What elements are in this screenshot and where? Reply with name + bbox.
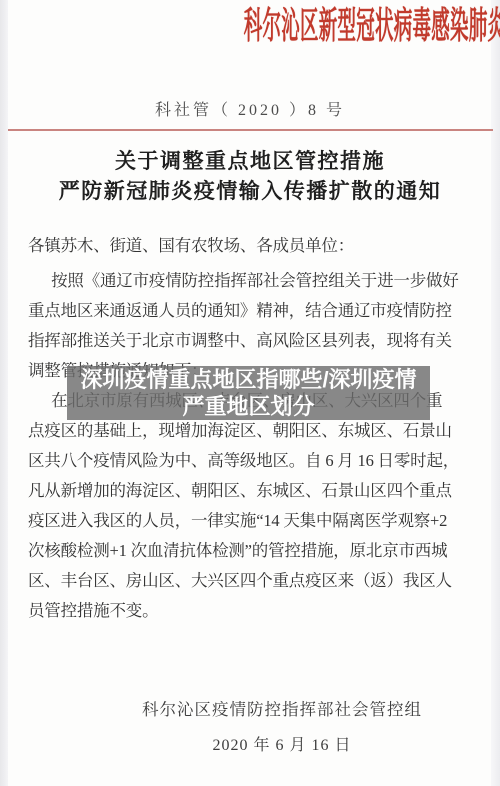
title-line-2: 严防新冠肺炎疫情输入传播扩散的通知 — [0, 176, 500, 206]
body-line: 员管控措施不变。 — [28, 596, 448, 626]
signature-block: 科尔沁区疫情防控指挥部社会管控组 2020 年 6 月 16 日 — [142, 694, 422, 762]
body-line: 按照《通辽市疫情防控指挥部社会管控组关于进一步做好 — [28, 266, 448, 296]
document-title: 关于调整重点地区管控措施 严防新冠肺炎疫情输入传播扩散的通知 — [0, 146, 500, 206]
body-line: 重点地区来通返通人员的通知》精神，结合通辽市疫情防控 — [28, 296, 448, 326]
body-line: 疫区进入我区的人员，一律实施“14 天集中隔离医学观察+2 — [28, 506, 448, 536]
paragraph-2: 在北京市原有西城区、丰台区、房山区、大兴区四个重 点疫区的基础上，现增加海淀区、… — [28, 386, 448, 626]
title-line-1: 关于调整重点地区管控措施 — [0, 146, 500, 176]
body-line: 点疫区的基础上，现增加海淀区、朝阳区、东城区、石景山 — [28, 416, 448, 446]
red-header-banner: 科尔沁区新型冠状病毒感染肺炎防控工作指挥部社会管控组 — [0, 4, 500, 50]
signature-org: 科尔沁区疫情防控指挥部社会管控组 — [142, 694, 422, 726]
signature-date: 2020 年 6 月 16 日 — [142, 730, 422, 762]
body-line: 凡从新增加的海淀区、朝阳区、东城区、石景山区四个重点 — [28, 476, 448, 506]
body-line: 指挥部推送关于北京市调整中、高风险区县列表，现将有关 — [28, 326, 448, 356]
red-divider-line — [8, 129, 493, 131]
document-scan: 科尔沁区新型冠状病毒感染肺炎防控工作指挥部社会管控组 科社管（ 2020 ）8 … — [0, 0, 500, 786]
body-line: 次核酸检测+1 次血清抗体检测”的管控措施，原北京市西城 — [28, 536, 448, 566]
caption-overlay: 深圳疫情重点地区指哪些/深圳疫情 严重地区划分 — [67, 366, 430, 420]
document-body: 各镇苏木、街道、国有农牧场、各成员单位： 按照《通辽市疫情防控指挥部社会管控组关… — [28, 231, 448, 626]
caption-line-2: 严重地区划分 — [67, 393, 430, 420]
issuing-org-title: 科尔沁区新型冠状病毒感染肺炎防控工作指挥部社会管控组 — [244, 4, 500, 50]
document-number: 科社管（ 2020 ）8 号 — [0, 97, 500, 120]
body-line: 区共八个疫情风险为中、高等级地区。自 6 月 16 日零时起， — [28, 446, 448, 476]
caption-line-1: 深圳疫情重点地区指哪些/深圳疫情 — [67, 366, 430, 393]
salutation: 各镇苏木、街道、国有农牧场、各成员单位： — [28, 231, 448, 261]
body-line: 区、丰台区、房山区、大兴区四个重点疫区来（返）我区人 — [28, 566, 448, 596]
